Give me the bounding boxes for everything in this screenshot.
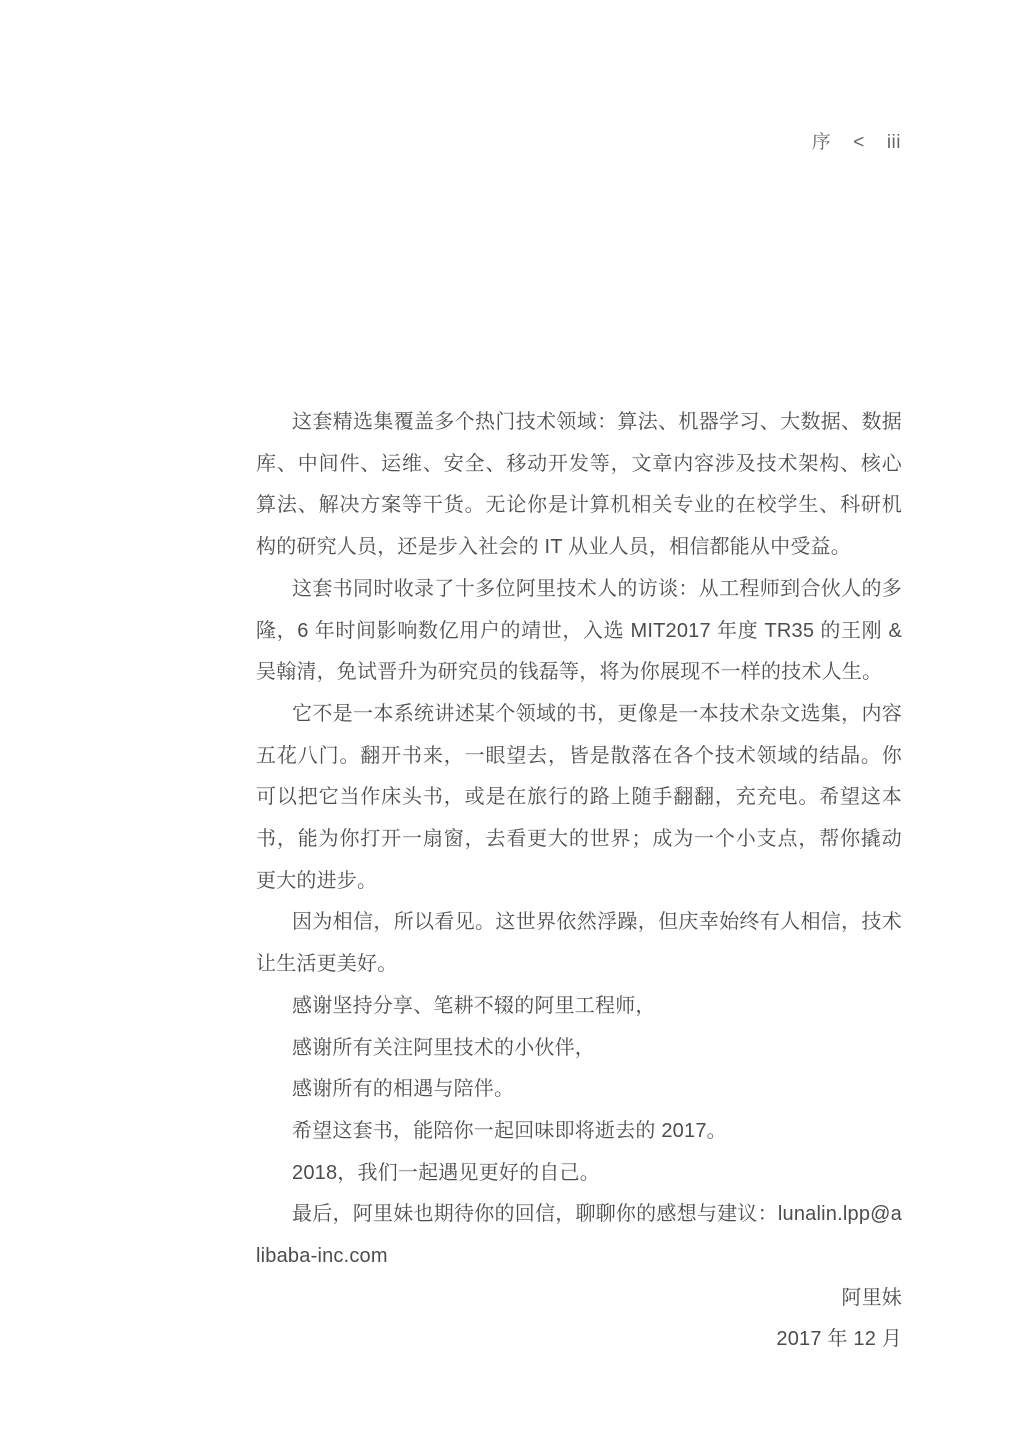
page-header: 序 < iii [812, 127, 901, 154]
preface-paragraph: 它不是一本系统讲述某个领域的书，更像是一本技术杂文选集，内容五花八门。翻开书来，… [256, 694, 902, 903]
preface-paragraph: 这套精选集覆盖多个热门技术领域：算法、机器学习、大数据、数据库、中间件、运维、安… [256, 402, 902, 569]
book-page: { "page": { "header": { "section_title":… [0, 0, 1031, 1440]
signature-date: 2017 年 12 月 [256, 1319, 902, 1361]
preface-paragraph: 感谢坚持分享、笔耕不辍的阿里工程师， [256, 986, 902, 1028]
preface-paragraph: 2018，我们一起遇见更好的自己。 [256, 1153, 902, 1195]
section-title: 序 [812, 127, 832, 154]
header-separator-icon: < [853, 132, 865, 154]
signature-block: 阿里妹 2017 年 12 月 [256, 1278, 902, 1361]
preface-paragraph: 感谢所有的相遇与陪伴。 [256, 1069, 902, 1111]
preface-paragraph: 因为相信，所以看见。这世界依然浮躁，但庆幸始终有人相信，技术让生活更美好。 [256, 902, 902, 985]
preface-body: 这套精选集覆盖多个热门技术领域：算法、机器学习、大数据、数据库、中间件、运维、安… [256, 402, 902, 1361]
page-number: iii [887, 132, 901, 154]
preface-paragraph: 希望这套书，能陪你一起回味即将逝去的 2017。 [256, 1111, 902, 1153]
signature-author: 阿里妹 [256, 1278, 902, 1320]
preface-paragraph-with-email: 最后，阿里妹也期待你的回信，聊聊你的感想与建议：lunalin.lpp@alib… [256, 1194, 902, 1277]
preface-paragraph: 这套书同时收录了十多位阿里技术人的访谈：从工程师到合伙人的多隆，6 年时间影响数… [256, 569, 902, 694]
preface-paragraph: 感谢所有关注阿里技术的小伙伴， [256, 1028, 902, 1070]
